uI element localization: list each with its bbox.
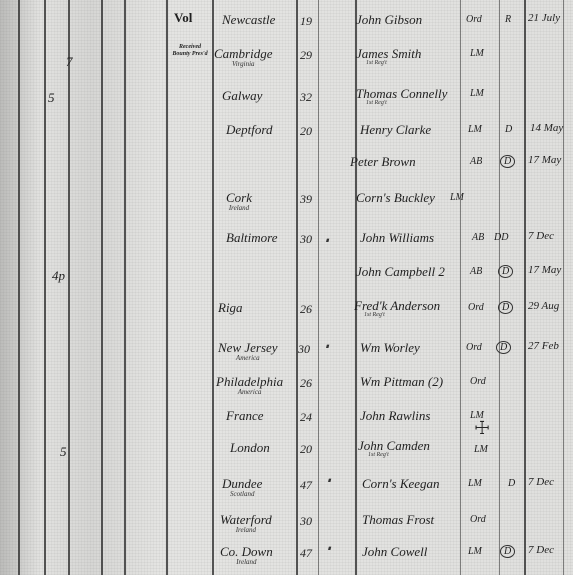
entry-quality: LM — [468, 478, 482, 489]
entry-name: Peter Brown — [350, 154, 416, 170]
page-shadow — [0, 0, 40, 575]
entry-date: 7 Dec — [528, 476, 554, 488]
marginal-note: ∎ — [327, 476, 331, 484]
entry-quality: Ord — [466, 342, 482, 353]
entry-place: Galway — [222, 88, 262, 104]
entry-place: Deptford — [226, 122, 272, 138]
entry-cert: D — [505, 124, 512, 135]
entry-age: 30 — [300, 514, 312, 529]
ruled-line — [499, 0, 500, 575]
entry-age: 24 — [300, 410, 312, 425]
entry-age: 39 — [300, 192, 312, 207]
entry-quality: AB — [472, 232, 484, 243]
marginal-note: ∎ — [327, 544, 331, 552]
marginal-note: ∎ — [325, 342, 329, 350]
ruled-line — [318, 0, 319, 575]
entry-date: 27 Feb — [528, 340, 559, 352]
entry-name: Wm Pittman (2) — [360, 374, 443, 390]
entry-date: 7 Dec — [528, 230, 554, 242]
entry-place: CorkIreland — [226, 190, 252, 212]
entry-name: Corn's Buckley — [356, 190, 435, 206]
entry-name: John Williams — [360, 230, 434, 246]
entry-age: 30 — [298, 342, 310, 357]
entry-cert: D — [500, 155, 515, 168]
entry-age: 30 — [300, 232, 312, 247]
entry-age: 20 — [300, 442, 312, 457]
entry-place: WaterfordIreland — [220, 512, 272, 534]
ruled-line — [124, 0, 126, 575]
ruled-line — [460, 0, 461, 575]
ruled-line — [68, 0, 70, 575]
entry-place: Riga — [218, 300, 243, 316]
margin-number: 5 — [48, 90, 55, 106]
entry-name: Thomas Frost — [362, 512, 434, 528]
entry-age: 47 — [300, 478, 312, 493]
entry-date: 29 Aug — [528, 300, 559, 312]
ruled-line — [44, 0, 46, 575]
entry-name: Wm Worley — [360, 340, 420, 356]
entry-place: PhiladelphiaAmerica — [216, 374, 283, 396]
entry-name: John Cowell — [362, 544, 427, 560]
header-note-bounty: Received Bounty Pres'd — [170, 44, 210, 58]
entry-age: 47 — [300, 546, 312, 561]
entry-cert: D — [496, 341, 511, 354]
entry-cert: D — [498, 265, 513, 278]
entry-quality: AB — [470, 156, 482, 167]
entry-name: John Camden1st Reg't — [358, 438, 430, 458]
entry-cert: DD — [494, 232, 508, 243]
entry-cert: D — [500, 545, 515, 558]
entry-place: New JerseyAmerica — [218, 340, 278, 362]
entry-quality: LM — [468, 124, 482, 135]
ruled-line — [101, 0, 103, 575]
ruled-line — [563, 0, 564, 575]
entry-name: John Campbell 2 — [356, 264, 445, 280]
entry-place: Co. DownIreland — [220, 544, 273, 566]
entry-place: France — [226, 408, 264, 424]
column-header-vol: Vol — [174, 10, 192, 26]
entry-date: 7 Dec — [528, 544, 554, 556]
ruled-line — [18, 0, 20, 575]
entry-place: DundeeScotland — [222, 476, 262, 498]
entry-age: 26 — [300, 376, 312, 391]
ruled-line — [212, 0, 214, 575]
entry-quality: Ord — [470, 514, 486, 525]
entry-place: CambridgeVirginia — [214, 46, 273, 68]
entry-name: Henry Clarke — [360, 122, 431, 138]
entry-quality: LM — [474, 444, 488, 455]
entry-place: London — [230, 440, 270, 456]
entry-cert: D — [498, 301, 513, 314]
ledger-page: Vol Received Bounty Pres'd 7 5 4p 5 Newc… — [0, 0, 573, 575]
entry-place: Newcastle — [222, 12, 275, 28]
entry-age: 29 — [300, 48, 312, 63]
entry-name: Fred'k Anderson1st Reg't — [354, 298, 440, 318]
ruled-line — [166, 0, 168, 575]
margin-number: 7 — [66, 54, 73, 70]
entry-age: 26 — [300, 302, 312, 317]
entry-quality: LM — [468, 546, 482, 557]
entry-quality: Ord — [468, 302, 484, 313]
cross-mark-icon: ☩ — [474, 418, 490, 439]
entry-quality: Ord — [466, 14, 482, 25]
entry-age: 32 — [300, 90, 312, 105]
entry-name: John Gibson — [356, 12, 422, 28]
entry-age: 20 — [300, 124, 312, 139]
entry-cert: D — [508, 478, 515, 489]
margin-number: 4p — [52, 268, 65, 284]
entry-date: 14 May — [530, 122, 563, 134]
entry-quality: LM — [470, 48, 484, 59]
entry-name: Corn's Keegan — [362, 476, 440, 492]
entry-quality: AB — [470, 266, 482, 277]
entry-age: 19 — [300, 14, 312, 29]
entry-place: Baltimore — [226, 230, 278, 246]
marginal-note: ∎ — [325, 236, 329, 244]
entry-date: 17 May — [528, 154, 561, 166]
entry-date: 21 July — [528, 12, 560, 24]
entry-quality: LM — [470, 88, 484, 99]
entry-quality: LM — [450, 192, 464, 203]
ruled-line — [296, 0, 298, 575]
ruled-line — [524, 0, 526, 575]
entry-name: Thomas Connelly1st Reg't — [356, 86, 447, 106]
entry-cert: R — [505, 14, 511, 25]
entry-name: James Smith1st Reg't — [356, 46, 421, 66]
entry-date: 17 May — [528, 264, 561, 276]
entry-quality: Ord — [470, 376, 486, 387]
entry-name: John Rawlins — [360, 408, 430, 424]
margin-number: 5 — [60, 444, 67, 460]
